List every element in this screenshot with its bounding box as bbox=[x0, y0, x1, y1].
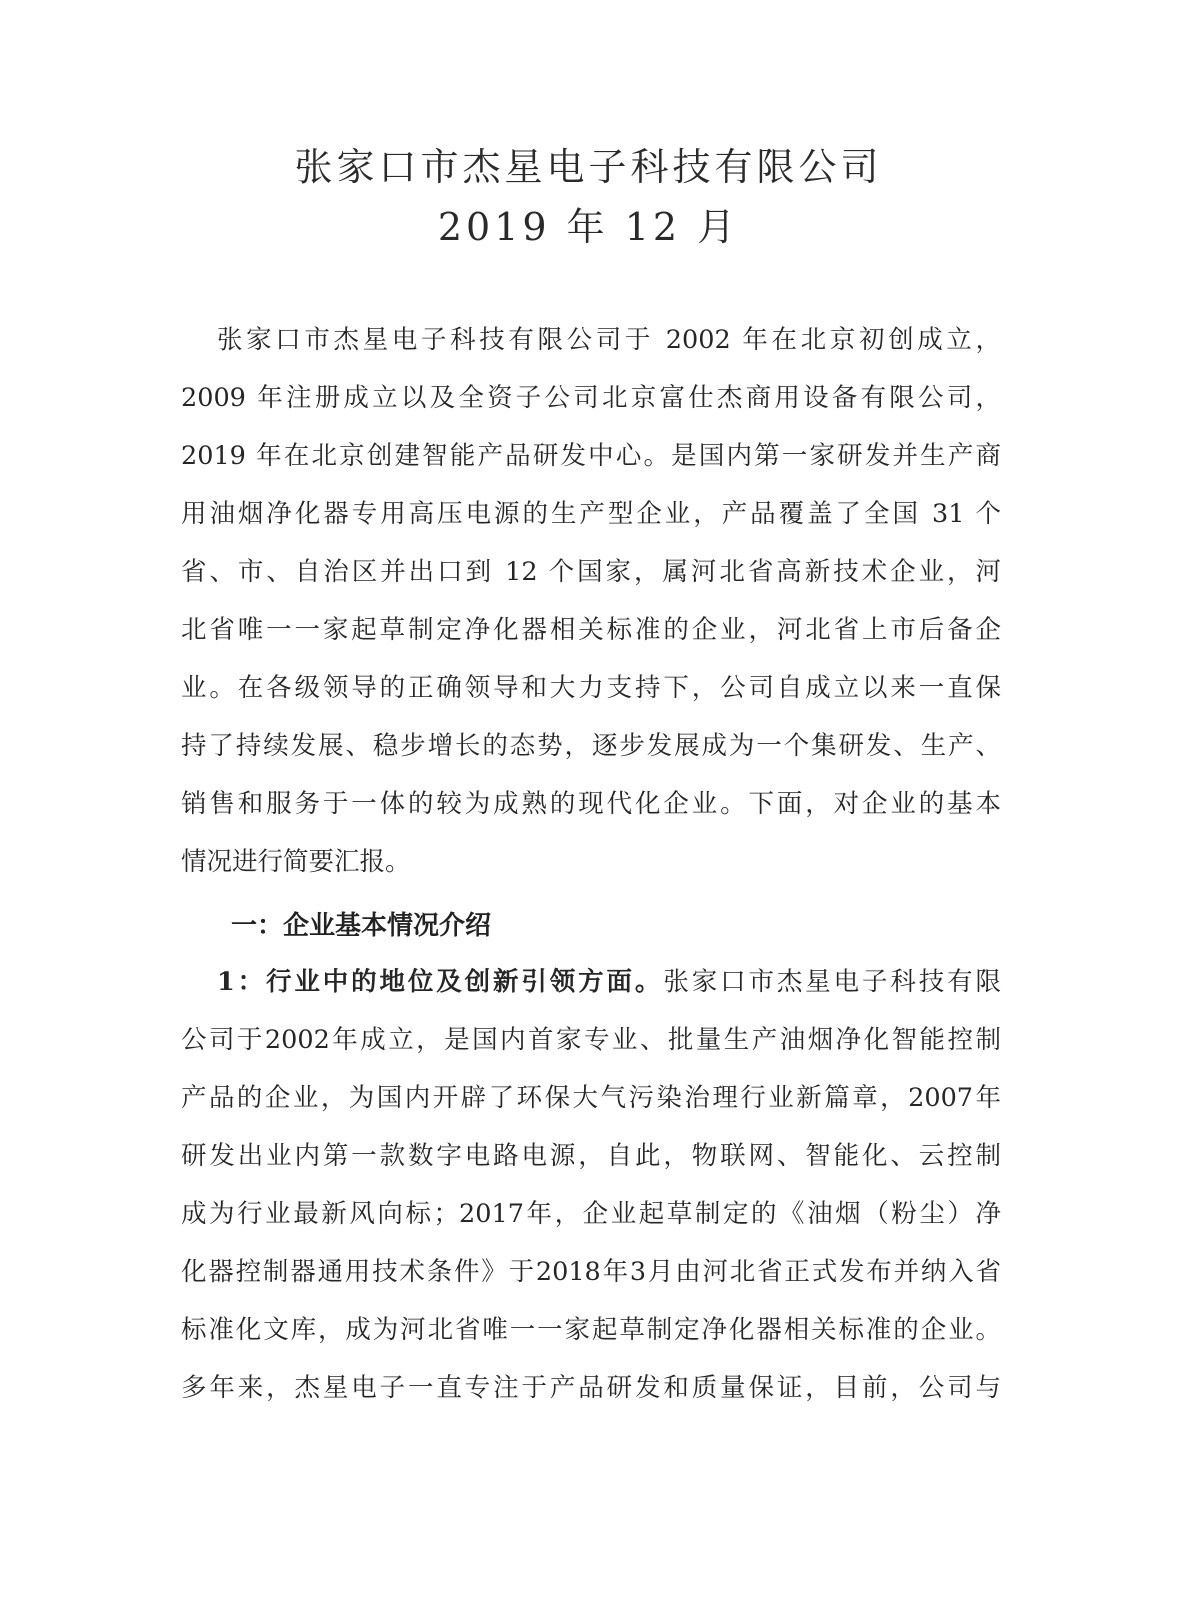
intro-line: 业。在各级领导的正确领导和大力支持下，公司自成立以来一直保 bbox=[181, 668, 1001, 704]
section-heading: 一：企业基本情况介绍 bbox=[231, 905, 491, 942]
intro-line: 北省唯一一家起草制定净化器相关标准的企业，河北省上市后备企 bbox=[181, 610, 1001, 646]
section1-line: 多年来，杰星电子一直专注于产品研发和质量保证，目前，公司与 bbox=[181, 1368, 1001, 1404]
intro-line: 张家口市杰星电子科技有限公司于 2002 年在北京初创成立， bbox=[181, 320, 1001, 356]
section1-line: 成为行业最新风向标；2017年，企业起草制定的《油烟（粉尘）净 bbox=[181, 1194, 1001, 1230]
section1-line: 公司于2002年成立，是国内首家专业、批量生产油烟净化智能控制 bbox=[181, 1020, 1001, 1056]
section1-line: 化器控制器通用技术条件》于2018年3月由河北省正式发布并纳入省 bbox=[181, 1252, 1001, 1288]
intro-line: 省、市、自治区并出口到 12 个国家，属河北省高新技术企业，河 bbox=[181, 552, 1001, 588]
subsection-heading: 1：行业中的地位及创新引领方面。 bbox=[217, 967, 663, 997]
intro-line: 2009 年注册成立以及全资子公司北京富仕杰商用设备有限公司， bbox=[181, 378, 1001, 414]
document-date: 2019 年 12 月 bbox=[0, 196, 1177, 251]
section1-first-line-text: 张家口市杰星电子科技有限 bbox=[663, 967, 1001, 997]
section1-line: 研发出业内第一款数字电路电源，自此，物联网、智能化、云控制 bbox=[181, 1136, 1001, 1172]
intro-line: 2019 年在北京创建智能产品研发中心。是国内第一家研发并生产商 bbox=[181, 436, 1001, 472]
company-title: 张家口市杰星电子科技有限公司 bbox=[0, 136, 1177, 191]
intro-line: 情况进行简要汇报。 bbox=[181, 842, 1001, 878]
section1-line: 标准化文库，成为河北省唯一一家起草制定净化器相关标准的企业。 bbox=[181, 1310, 1001, 1346]
section1-first-line: 1：行业中的地位及创新引领方面。张家口市杰星电子科技有限 bbox=[181, 962, 1001, 998]
intro-line: 销售和服务于一体的较为成熟的现代化企业。下面，对企业的基本 bbox=[181, 784, 1001, 820]
intro-line: 用油烟净化器专用高压电源的生产型企业，产品覆盖了全国 31 个 bbox=[181, 494, 1001, 530]
section1-line: 产品的企业，为国内开辟了环保大气污染治理行业新篇章，2007年 bbox=[181, 1078, 1001, 1114]
intro-line: 持了持续发展、稳步增长的态势，逐步发展成为一个集研发、生产、 bbox=[181, 726, 1001, 762]
